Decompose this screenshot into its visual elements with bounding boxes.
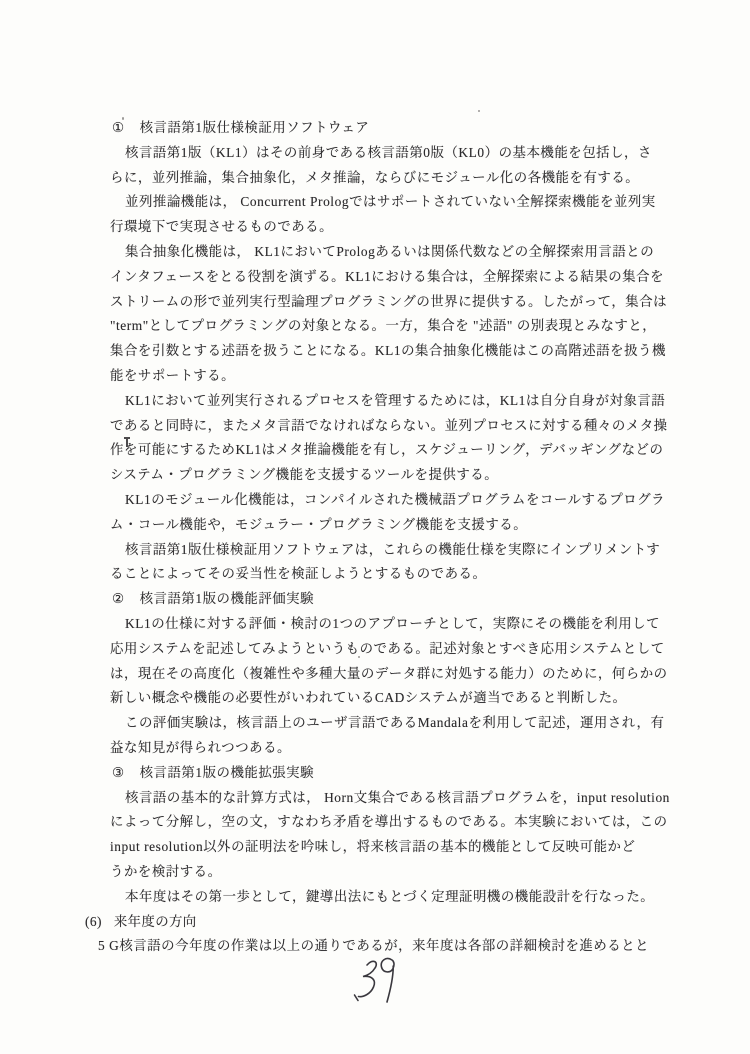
text-line: ム・コール機能や，モジュラー・プログラミング機能を支援する。 xyxy=(85,513,725,538)
circled-number-3: ③ xyxy=(112,761,125,786)
text-line: によって分解し，空の文，すなわち矛盾を導出するものである。本実験においては，この xyxy=(85,810,725,835)
text-line: ることによってその妥当性を検証しようとするものである。 xyxy=(85,562,725,587)
text-line: 行環境下で実現させるものである。 xyxy=(85,215,725,240)
item-heading-1-label: 核言語第1版仕様検証用ソフトウェア xyxy=(140,120,370,135)
item-heading-1: ①核言語第1版仕様検証用ソフトウェア xyxy=(85,116,725,141)
text-line: KL1において並列実行されるプロセスを管理するためには，KL1は自分自身が対象言… xyxy=(85,389,725,414)
text-line: input resolution以外の証明法を吟味し，将来核言語の基本的機能とし… xyxy=(85,835,725,860)
text-line: 益な知見が得られつつある。 xyxy=(85,736,725,761)
text-line: 核言語第1版仕様検証用ソフトウェアは，これらの機能仕様を実際にインプリメントす xyxy=(85,538,725,563)
text-line: 応用システムを記述してみようというものである。記述対象とすべき応用システムとして xyxy=(85,637,725,662)
document-text-block: ①核言語第1版仕様検証用ソフトウェア 核言語第1版（KL1）はその前身である核言… xyxy=(85,116,725,959)
text-line: "term"としてプログラミングの対象となる。一方，集合を "述語" の別表現と… xyxy=(85,314,725,339)
item-heading-2-label: 核言語第1版の機能評価実験 xyxy=(140,591,315,606)
text-line: は，現在その高度化（複雑性や多種大量のデータ群に対処する能力）のために，何らかの xyxy=(85,662,725,687)
text-line: うかを検討する。 xyxy=(85,860,725,885)
text-line: 能をサポートする。 xyxy=(85,364,725,389)
text-line: 新しい概念や機能の必要性がいわれているCADシステムが適当であると判断した。 xyxy=(85,686,725,711)
text-line: 本年度はその第一歩として，鍵導出法にもとづく定理証明機の機能設計を行なった。 xyxy=(85,885,725,910)
text-line: 核言語の基本的な計算方式は， Horn文集合である核言語プログラムを，input… xyxy=(85,786,725,811)
handwritten-page-number xyxy=(346,954,410,1008)
section-heading-6: (6)来年度の方向 xyxy=(85,910,725,935)
text-line: この評価実験は，核言語上のユーザ言語であるMandalaを利用して記述，運用され… xyxy=(85,711,725,736)
section-heading-6-label: 来年度の方向 xyxy=(114,914,197,929)
handwritten-digit-9 xyxy=(381,959,394,1002)
text-line: ストリームの形で並列実行型論理プログラミングの世界に提供する。したがって，集合は xyxy=(85,290,725,315)
scan-speck xyxy=(122,117,124,120)
scan-speck xyxy=(454,273,456,275)
section-number-6: (6) xyxy=(85,910,102,935)
scan-speck xyxy=(478,110,480,112)
text-line: KL1の仕様に対する評価・検討の1つのアプローチとして，実際にその機能を利用して xyxy=(85,612,725,637)
text-line: KL1のモジュール化機能は，コンパイルされた機械語プログラムをコールするプログラ xyxy=(85,488,725,513)
text-line: 集合を引数とする述語を扱うことになる。KL1の集合抽象化機能はこの高階述語を扱う… xyxy=(85,339,725,364)
text-line: 作を可能にするためKL1はメタ推論機能を有し，スケジューリング，デバッギングなど… xyxy=(85,438,725,463)
scanned-document-page: ①核言語第1版仕様検証用ソフトウェア 核言語第1版（KL1）はその前身である核言… xyxy=(0,0,750,1054)
stray-pen-mark xyxy=(126,437,128,447)
text-line: 集合抽象化機能は， KL1においてPrologあるいは関係代数などの全解探索用言… xyxy=(85,240,725,265)
scan-speck xyxy=(358,656,360,658)
item-heading-3-label: 核言語第1版の機能拡張実験 xyxy=(140,765,315,780)
item-heading-3: ③核言語第1版の機能拡張実験 xyxy=(85,761,725,786)
text-line: であると同時に，またメタ言語でなければならない。並列プロセスに対する種々のメタ操 xyxy=(85,414,725,439)
circled-number-2: ② xyxy=(112,587,125,612)
handwritten-digit-3-tick xyxy=(355,995,359,1001)
handwritten-digit-3 xyxy=(359,961,377,996)
text-line: インタフェースをとる役割を演ずる。KL1における集合は，全解探索による結果の集合… xyxy=(85,265,725,290)
text-line: 並列推論機能は， Concurrent Prologではサポートされていない全解… xyxy=(85,190,725,215)
text-line: 核言語第1版（KL1）はその前身である核言語第0版（KL0）の基本機能を包括し，… xyxy=(85,141,725,166)
item-heading-2: ②核言語第1版の機能評価実験 xyxy=(85,587,725,612)
text-line: システム・プログラミング機能を支援するツールを提供する。 xyxy=(85,463,725,488)
text-line: らに，並列推論，集合抽象化，メタ推論，ならびにモジュール化の各機能を有する。 xyxy=(85,166,725,191)
